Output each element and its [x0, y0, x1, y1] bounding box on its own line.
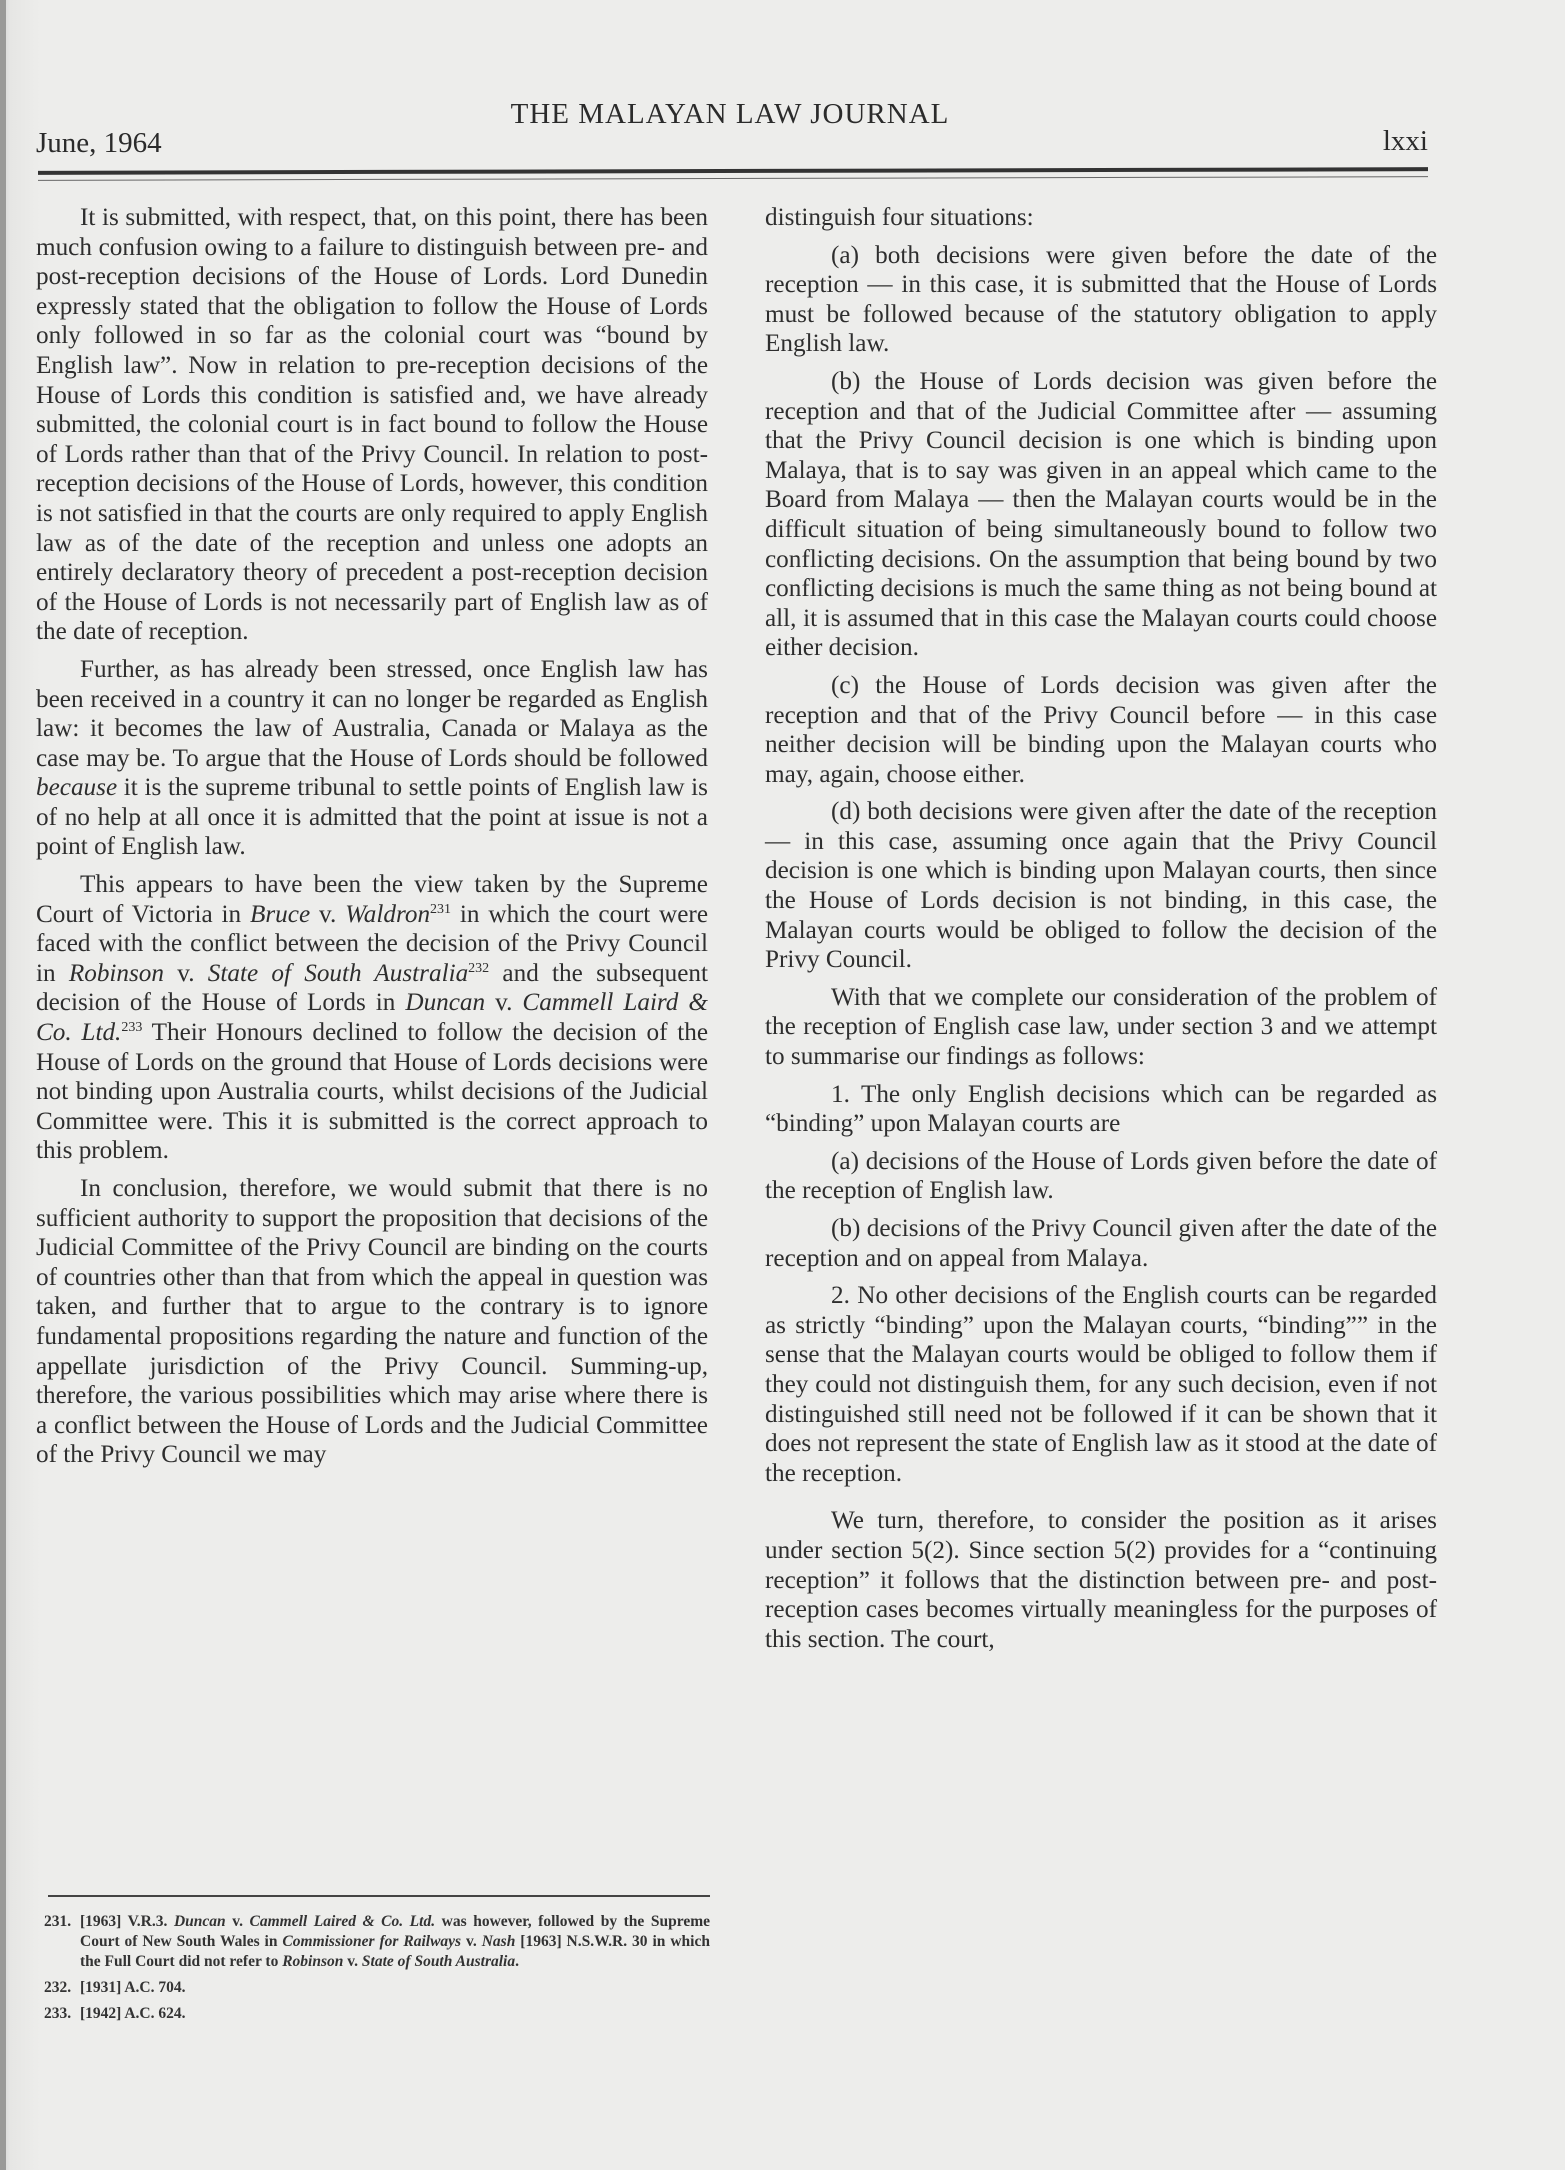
footnotes: 231. [1963] V.R.3. Duncan v. Cammell Lai… — [44, 1912, 710, 2030]
footnote-231: 231. [1963] V.R.3. Duncan v. Cammell Lai… — [44, 1912, 710, 1972]
footnote-ref-232[interactable]: 232 — [468, 961, 489, 976]
case-name: State of South Australia — [362, 1953, 515, 1970]
case-name: Duncan — [405, 989, 485, 1016]
journal-title: THE MALAYAN LAW JOURNAL — [0, 98, 1460, 131]
paragraph-victoria: This appears to have been the view taken… — [36, 870, 708, 1166]
footnote-ref-231[interactable]: 231 — [430, 902, 451, 917]
text: v. — [310, 901, 345, 928]
footnote-text: [1942] A.C. 624. — [80, 2004, 710, 2024]
binding-edge — [0, 0, 6, 2170]
footnote-ref-233[interactable]: 233 — [121, 1020, 142, 1035]
text: [1963] V.R.3. — [80, 1913, 174, 1930]
paragraph-section-5-2: We turn, therefore, to consider the posi… — [765, 1506, 1437, 1654]
text: Further, as has already been stressed, o… — [36, 656, 708, 772]
finding-1: 1. The only English decisions which can … — [765, 1080, 1437, 1139]
situation-d: (d) both decisions were given after the … — [765, 797, 1437, 975]
footnote-number: 231. — [44, 1912, 80, 1972]
case-name: Duncan — [174, 1913, 226, 1930]
text: v. — [485, 989, 522, 1016]
case-name: Commissioner for Railways — [282, 1933, 461, 1950]
situations-intro: distinguish four situations: — [765, 203, 1437, 233]
paragraph-conclusion: In conclusion, therefore, we would submi… — [36, 1174, 708, 1470]
right-column: distinguish four situations: (a) both de… — [765, 203, 1437, 1662]
text: Their Honours declined to follow the dec… — [36, 1019, 708, 1164]
emphasis: because — [36, 774, 117, 801]
finding-1-a: (a) decisions of the House of Lords give… — [765, 1147, 1437, 1206]
issue-date: June, 1964 — [36, 127, 162, 160]
text: v. — [226, 1913, 250, 1930]
summary-intro: With that we complete our consideration … — [765, 983, 1437, 1072]
paragraph-further: Further, as has already been stressed, o… — [36, 655, 708, 862]
text: v. — [343, 1953, 362, 1970]
situation-c: (c) the House of Lords decision was give… — [765, 671, 1437, 789]
footnote-number: 232. — [44, 1978, 80, 1998]
case-name: Robinson — [69, 960, 164, 987]
case-name: Cammell Laired & Co. Ltd. — [250, 1913, 436, 1930]
text: . — [515, 1953, 519, 1970]
case-name: Nash — [482, 1933, 516, 1950]
header-rule-thin — [38, 176, 1428, 181]
page-number: lxxi — [1383, 125, 1428, 158]
situation-b: (b) the House of Lords decision was give… — [765, 367, 1437, 663]
case-name: Bruce — [250, 901, 310, 928]
case-name: Waldron — [345, 901, 430, 928]
text: v. — [164, 960, 208, 987]
footnote-number: 233. — [44, 2004, 80, 2024]
footnote-text: [1963] V.R.3. Duncan v. Cammell Laired &… — [80, 1912, 710, 1972]
finding-2: 2. No other decisions of the English cou… — [765, 1281, 1437, 1488]
text: v. — [461, 1933, 482, 1950]
paragraph-confusion: It is submitted, with respect, that, on … — [36, 203, 708, 647]
situation-a: (a) both decisions were given before the… — [765, 241, 1437, 359]
footnote-232: 232. [1931] A.C. 704. — [44, 1978, 710, 1998]
header-rule — [38, 167, 1428, 175]
case-name: Robinson — [282, 1953, 343, 1970]
footnote-233: 233. [1942] A.C. 624. — [44, 2004, 710, 2024]
left-column: It is submitted, with respect, that, on … — [36, 203, 708, 1478]
footnote-text: [1931] A.C. 704. — [80, 1978, 710, 1998]
text: it is the supreme tribunal to settle poi… — [36, 774, 708, 860]
journal-page: THE MALAYAN LAW JOURNAL June, 1964 lxxi … — [0, 0, 1565, 2170]
case-name: State of South Australia — [208, 960, 468, 987]
footnote-rule — [48, 1895, 710, 1897]
finding-1-b: (b) decisions of the Privy Council given… — [765, 1214, 1437, 1273]
